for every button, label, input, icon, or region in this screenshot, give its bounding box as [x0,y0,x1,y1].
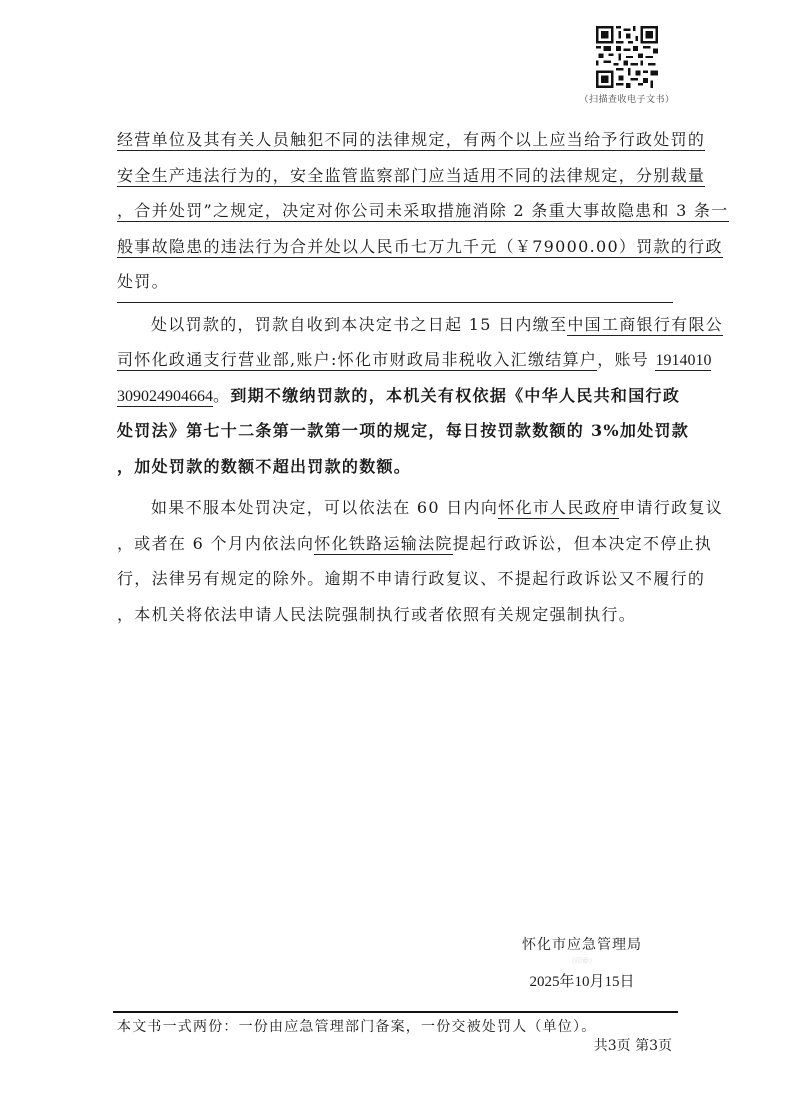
paragraph-appeal-rights: 如果不服本处罚决定，可以依法在 60 日内向怀化市人民政府申请行政复议 ，或者在… [117,492,673,634]
account-number-part1: 1914010 [655,352,711,371]
page-number: 共3页 第3页 [594,1035,672,1055]
text-segment: 如果不服本处罚决定，可以依法在 60 日内向 [151,498,498,517]
text-segment: ，或者在 6 个月内依法向 [117,534,314,553]
text-segment: 。 [213,386,230,405]
text-segment: 处以罚款的，罚款自收到本决定书之日起 15 日内缴至 [151,315,567,334]
text-line: 般事故隐患的违法行为合并处以人民币七万九千元（￥79000.00）罚款的行政 [117,237,723,258]
text-line: 行，法律另有规定的除外。逾期不申请行政复议、不提起行政诉讼又不履行的 [117,569,705,588]
account-number-part2: 309024904664 [117,388,213,407]
text-line: 安全生产违法行为的，安全监管监察部门应当适用不同的法律规定，分别裁量 [117,166,705,187]
review-authority: 怀化市人民政府 [498,498,619,519]
document-body: 经营单位及其有关人员触犯不同的法律规定，有两个以上应当给予行政处罚的 安全生产违… [117,124,673,634]
late-fee-clause: 到期不缴纳罚款的，本机关有权依据《中华人民共和国行政 [230,386,680,405]
bank-account-name: 司怀化政通支行营业部,账户:怀化市财政局非税收入汇缴结算户 [117,350,597,371]
qr-block: （扫描查收电子文书） [579,26,675,105]
text-segment: 申请行政复议 [619,498,723,517]
qr-code-icon [596,26,658,88]
footer-note: 本文书一式两份：一份由应急管理部门备案，一份交被处罚人（单位）。 [117,1016,596,1036]
text-segment: 提起行政诉讼，但本决定不停止执 [453,534,713,553]
qr-caption: （扫描查收电子文书） [579,92,675,105]
text-line: ，本机关将依法申请人民法院强制执行或者依照有关规定强制执行。 [117,605,636,624]
court-name: 怀化铁路运输法院 [314,534,452,555]
bank-name: 中国工商银行有限公 [567,315,723,336]
text-line: 经营单位及其有关人员触犯不同的法律规定，有两个以上应当给予行政处罚的 [117,130,705,151]
text-line: ，合并处罚”之规定，决定对你公司未采取措施消除 2 条重大事故隐患和 3 条一 [117,201,729,222]
seal-placeholder: （印章） [522,956,642,966]
late-fee-clause: ，加处罚款的数额不超出罚款的数额。 [117,457,411,476]
paragraph-penalty-decision: 经营单位及其有关人员触犯不同的法律规定，有两个以上应当给予行政处罚的 安全生产违… [117,124,673,303]
footer-divider [113,1011,678,1013]
signoff-block: 怀化市应急管理局 （印章） 2025年10月15日 [522,934,642,991]
text-line: 处罚。 [117,272,169,291]
issue-date: 2025年10月15日 [522,970,642,991]
paragraph-payment: 处以罚款的，罚款自收到本决定书之日起 15 日内缴至中国工商银行有限公 司怀化政… [117,309,673,487]
text-segment: ，账号 [597,350,655,369]
late-fee-clause: 处罚法》第七十二条第一款第一项的规定，每日按罚款数额的 3%加处罚款 [117,421,689,440]
issuing-agency: 怀化市应急管理局 [522,934,642,954]
